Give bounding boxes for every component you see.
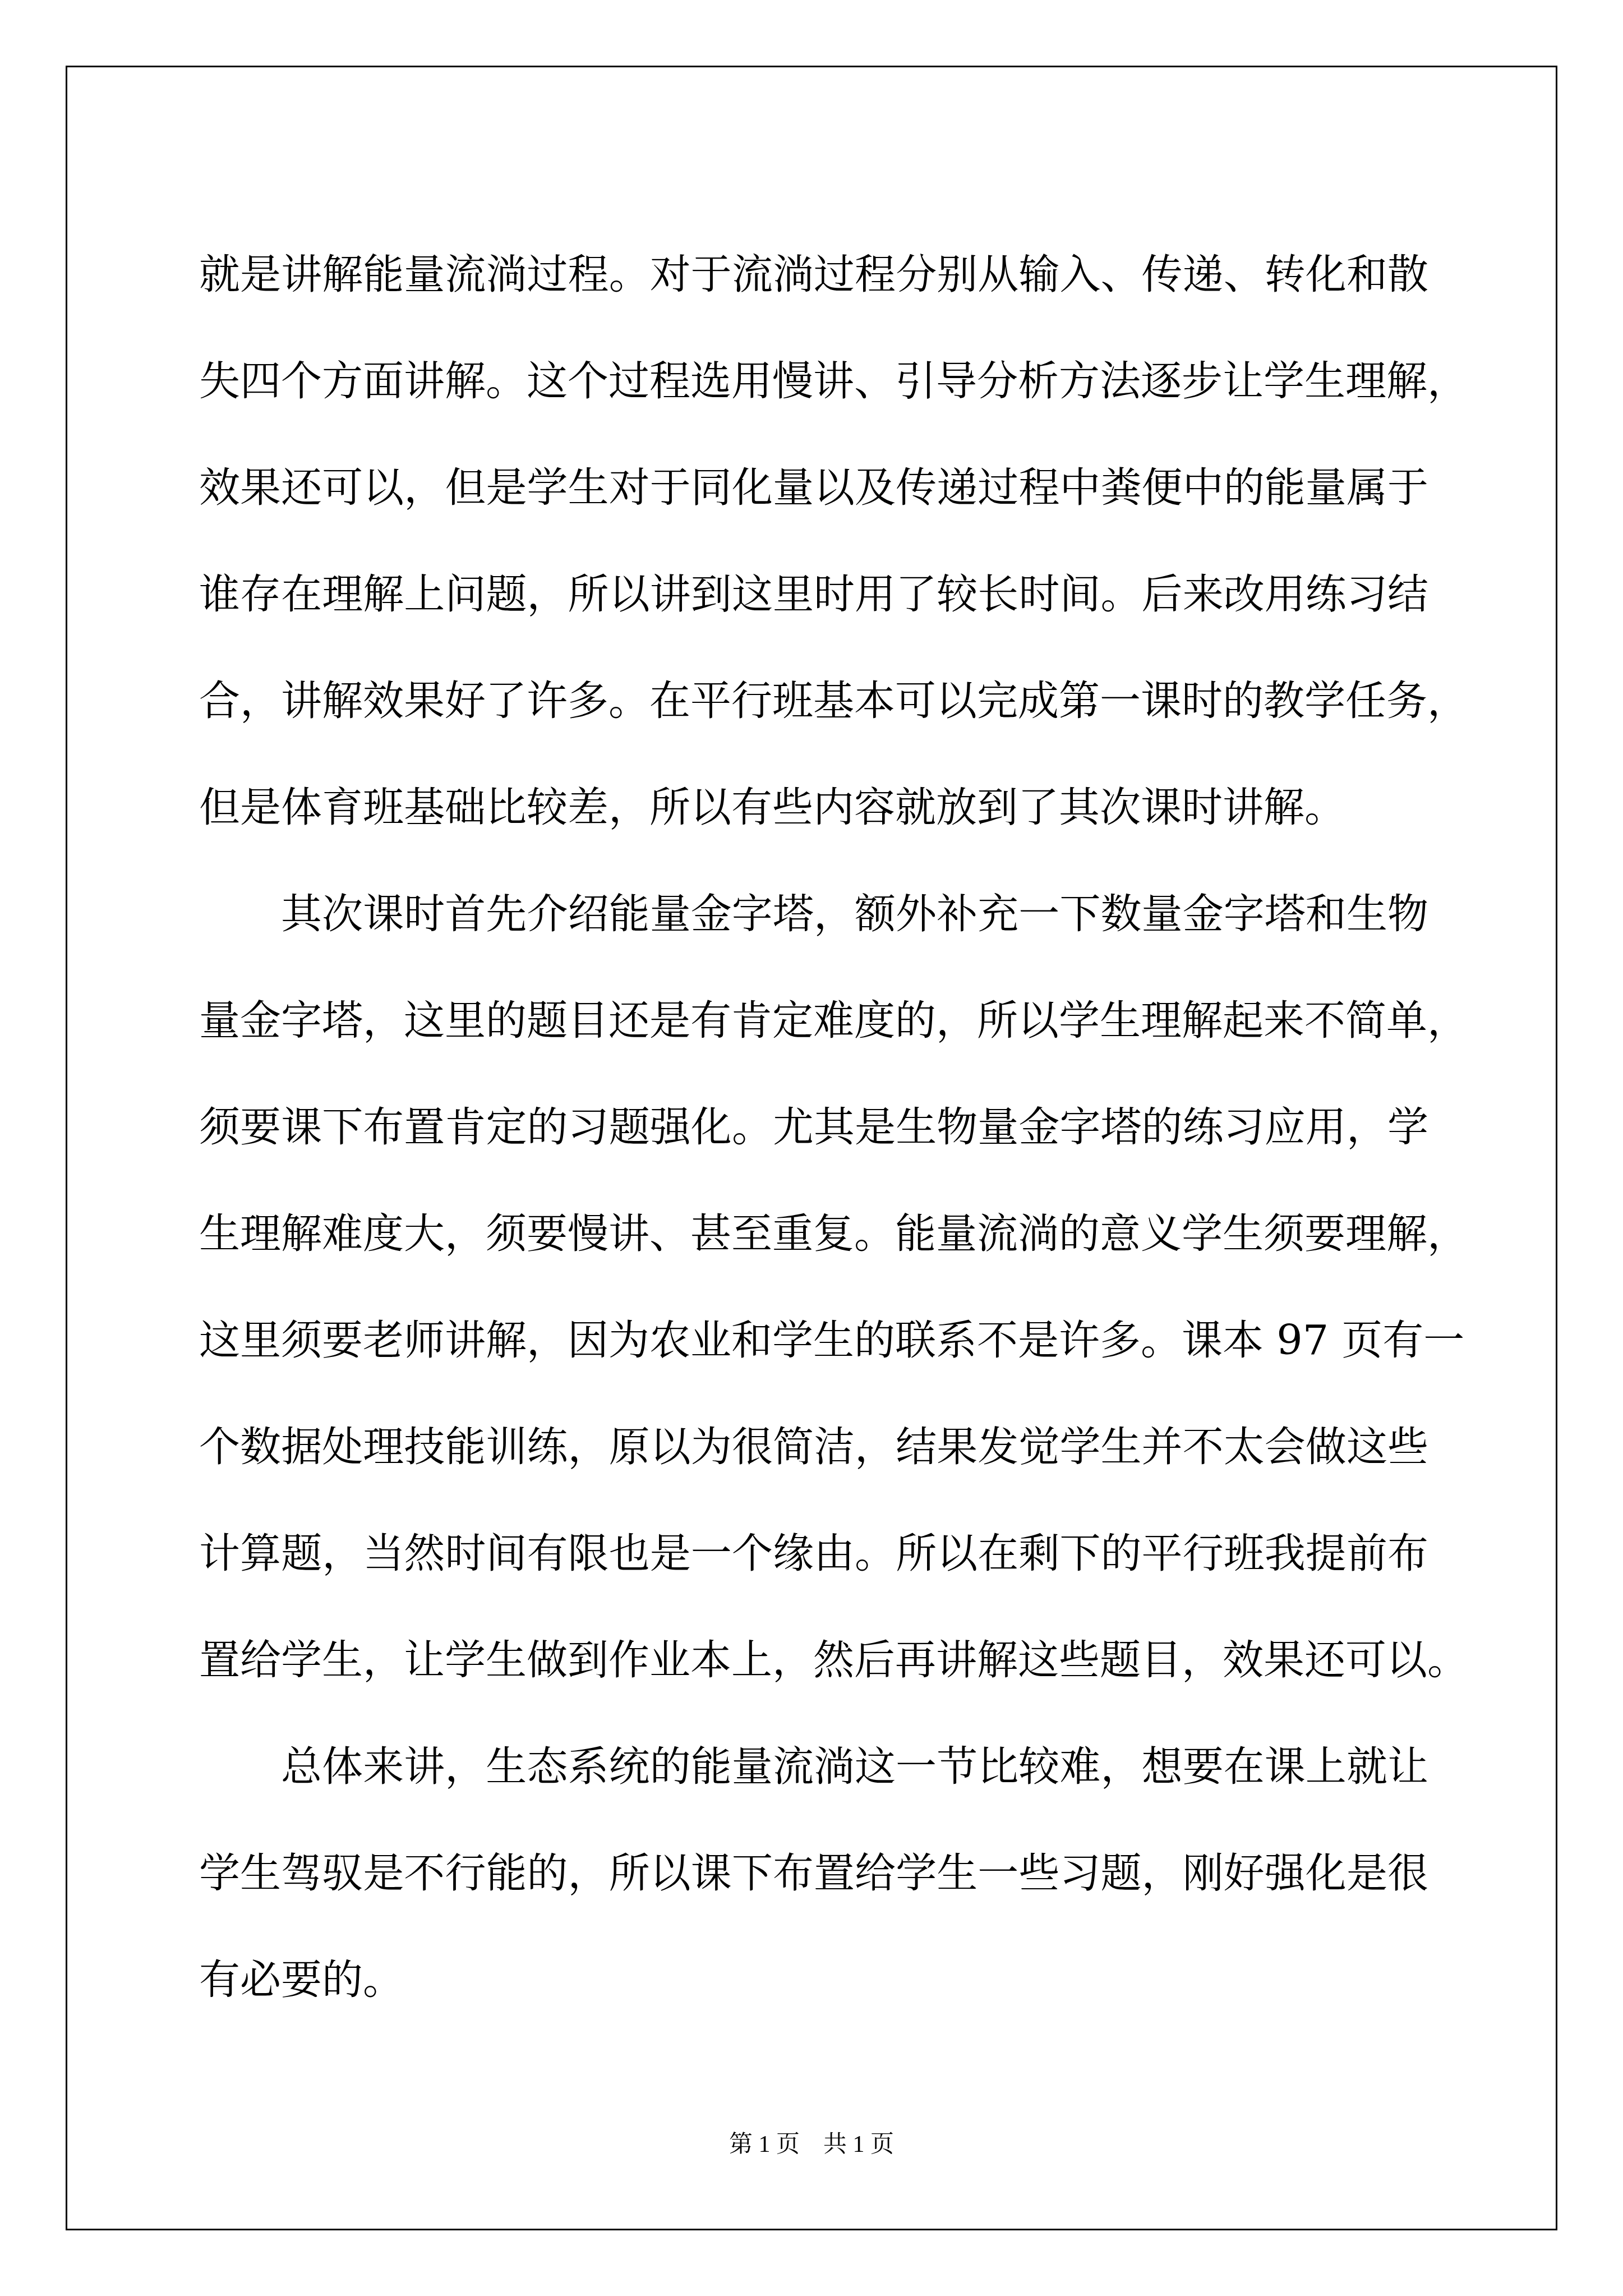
text-line: 须要课下布置肯定的习题强化。尤其是生物量金字塔的练习应用，学 xyxy=(199,1074,1428,1181)
text-line: 效果还可以，但是学生对于同化量以及传递过程中粪便中的能量属于 xyxy=(199,435,1428,541)
page-footer: 第 1 页共 1 页 xyxy=(0,2129,1623,2160)
paragraph-2: 其次课时首先介绍能量金字塔，额外补充一下数量金字塔和生物 量金字塔，这里的题目还… xyxy=(199,861,1428,1714)
paragraph-1: 就是讲解能量流淌过程。对于流淌过程分别从输入、传递、转化和散 失四个方面讲解。这… xyxy=(199,222,1428,861)
text-line: 生理解难度大，须要慢讲、甚至重复。能量流淌的意义学生须要理解， xyxy=(199,1181,1428,1287)
text-line: 失四个方面讲解。这个过程选用慢讲、引导分析方法逐步让学生理解， xyxy=(199,328,1428,435)
text-line: 谁存在理解上问题，所以讲到这里时用了较长时间。后来改用练习结 xyxy=(199,541,1428,648)
current-page-number: 第 1 页 xyxy=(729,2132,800,2157)
document-body: 就是讲解能量流淌过程。对于流淌过程分别从输入、传递、转化和散 失四个方面讲解。这… xyxy=(199,222,1428,2033)
paragraph-3: 总体来讲，生态系统的能量流淌这一节比较难，想要在课上就让 学生驾驭是不行能的，所… xyxy=(199,1714,1428,2033)
total-pages: 共 1 页 xyxy=(823,2132,894,2157)
text-line: 学生驾驭是不行能的，所以课下布置给学生一些习题，刚好强化是很 xyxy=(199,1820,1428,1927)
text-line: 总体来讲，生态系统的能量流淌这一节比较难，想要在课上就让 xyxy=(199,1714,1428,1820)
text-line: 就是讲解能量流淌过程。对于流淌过程分别从输入、传递、转化和散 xyxy=(199,222,1428,328)
text-line: 计算题，当然时间有限也是一个缘由。所以在剩下的平行班我提前布 xyxy=(199,1501,1428,1607)
text-line: 合，讲解效果好了许多。在平行班基本可以完成第一课时的教学任务， xyxy=(199,648,1428,754)
text-line: 有必要的。 xyxy=(199,1927,1428,2033)
text-line: 这里须要老师讲解，因为农业和学生的联系不是许多。课本 97 页有一 xyxy=(199,1287,1428,1394)
text-line: 但是体育班基础比较差，所以有些内容就放到了其次课时讲解。 xyxy=(199,754,1428,861)
text-line: 其次课时首先介绍能量金字塔，额外补充一下数量金字塔和生物 xyxy=(199,861,1428,968)
text-line: 量金字塔，这里的题目还是有肯定难度的，所以学生理解起来不简单， xyxy=(199,968,1428,1074)
text-line: 个数据处理技能训练，原以为很简洁，结果发觉学生并不太会做这些 xyxy=(199,1394,1428,1501)
text-line: 置给学生，让学生做到作业本上，然后再讲解这些题目，效果还可以。 xyxy=(199,1607,1428,1714)
